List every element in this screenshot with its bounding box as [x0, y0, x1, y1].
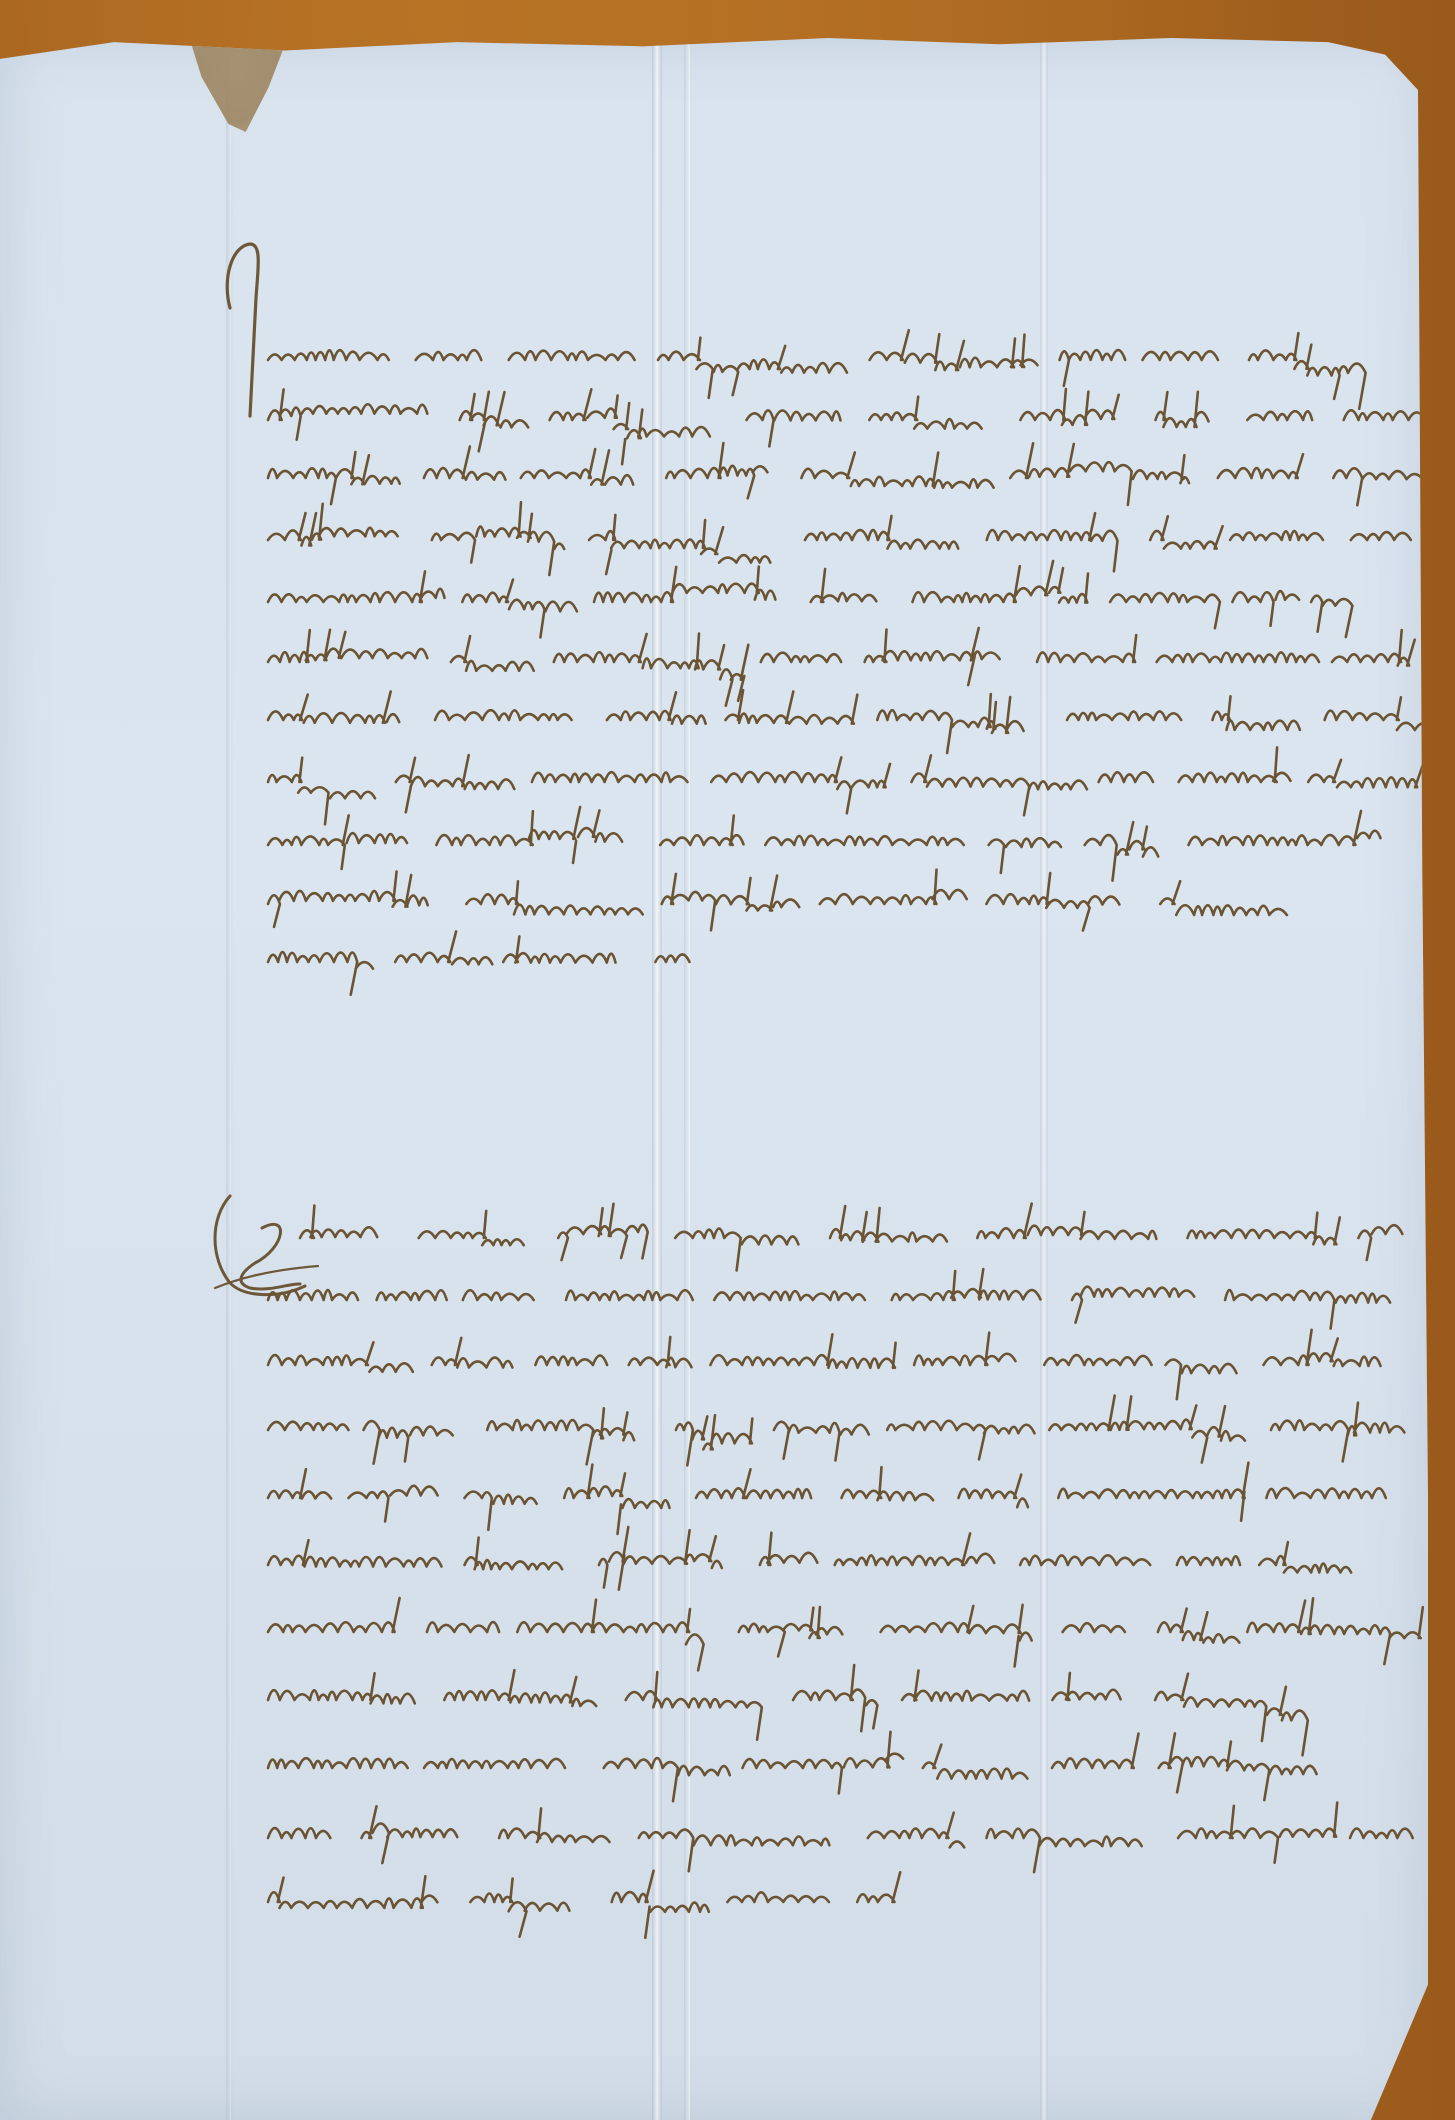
line-transcription: en lieu dud dur ... et ... grant	[268, 760, 682, 790]
handwritten-line: en lieu dud dur ... et ... grant	[268, 752, 1408, 812]
handwritten-line: ... ... chamber ... ...	[268, 1670, 1298, 1730]
handwritten-line: ... ... ... ... ...	[268, 1535, 1398, 1595]
line-transcription: laquelle ... ... ... ...	[268, 1476, 529, 1506]
initial-letter-i	[222, 238, 272, 418]
handwritten-line: laquelle ... ... ... ...	[268, 1468, 1378, 1528]
handwritten-line: ... ... ... ...	[268, 1872, 888, 1932]
handwritten-line: ... ... ... ... de ...	[268, 690, 1418, 750]
handwritten-line: ... ... nobles messire Reynaud	[268, 390, 1428, 450]
line-transcription: t Premierement ... ... ...	[300, 1216, 633, 1246]
handwritten-line: et en nom dud ... Ph bastard ...	[268, 815, 1378, 875]
line-transcription: ... ... ... ... ...	[268, 1543, 444, 1573]
handwritten-line: ... ... ... ... ... ...	[268, 1808, 1408, 1868]
handwritten-line: dur ... ... ... de	[268, 1400, 1398, 1460]
line-transcription: ... ... ... ... de ...	[268, 698, 487, 728]
line-transcription: ... ... ... ...	[268, 1880, 407, 1910]
line-transcription: ... et ... ... Ph bastard dur	[268, 640, 627, 670]
line-transcription: ... ... ... ... dur.	[268, 1746, 471, 1776]
handwritten-line: ... le ... ... ... ...	[268, 1335, 1378, 1395]
line-transcription: Ferre. chambre et Regnaud ... ...	[268, 456, 731, 486]
handwritten-line: tapet ... ...	[268, 932, 688, 992]
line-transcription: de ... ... ... ... ...	[268, 1278, 487, 1308]
handwritten-line: Ferre. chambre et Regnaud ... ...	[268, 448, 1418, 508]
line-transcription: ... et ... ... ... ... ... J	[268, 882, 539, 912]
manuscript-page: I E Item. apres ... blanchez ... hen....…	[0, 38, 1428, 2120]
handwritten-line: ... et ... ... ... ... ... J	[268, 874, 1268, 934]
line-transcription: ... ... ... ... ... ...	[268, 1816, 481, 1846]
line-transcription: ... le ... ... ... ...	[268, 1343, 479, 1373]
line-transcription: Item. apres ... blanchez ... hen..	[268, 338, 718, 368]
handwritten-line: Clerge. ... ... ... de ...	[268, 510, 1408, 570]
line-transcription: dur ... ... ... de	[268, 1408, 471, 1438]
handwritten-line: ... ... ... ... dur.	[268, 1738, 1308, 1798]
handwritten-line: de ... ... ... ... ...	[268, 1270, 1408, 1330]
handwritten-line: Item. apres ... blanchez ... hen..	[268, 330, 1408, 390]
handwritten-line: ... et ... ... Ph bastard dur	[268, 632, 1408, 692]
line-transcription: ... ... nobles messire Reynaud	[268, 398, 685, 428]
handwritten-line: t Premierement ... ... ...	[300, 1208, 1400, 1268]
line-transcription: de ... ... ... ... ...	[268, 1610, 487, 1640]
line-transcription: et en nom dud ... Ph bastard ...	[268, 823, 707, 853]
handwritten-line: de ... ... ... ... ...	[268, 1602, 1408, 1662]
line-transcription: tapet ... ...	[268, 940, 416, 970]
line-transcription: ... ... dur ... et ...	[268, 580, 502, 610]
line-transcription: Clerge. ... ... ... de ...	[268, 518, 563, 548]
line-transcription: ... ... chamber ... ...	[268, 1678, 539, 1708]
handwritten-line: ... ... dur ... et ...	[268, 572, 1348, 632]
